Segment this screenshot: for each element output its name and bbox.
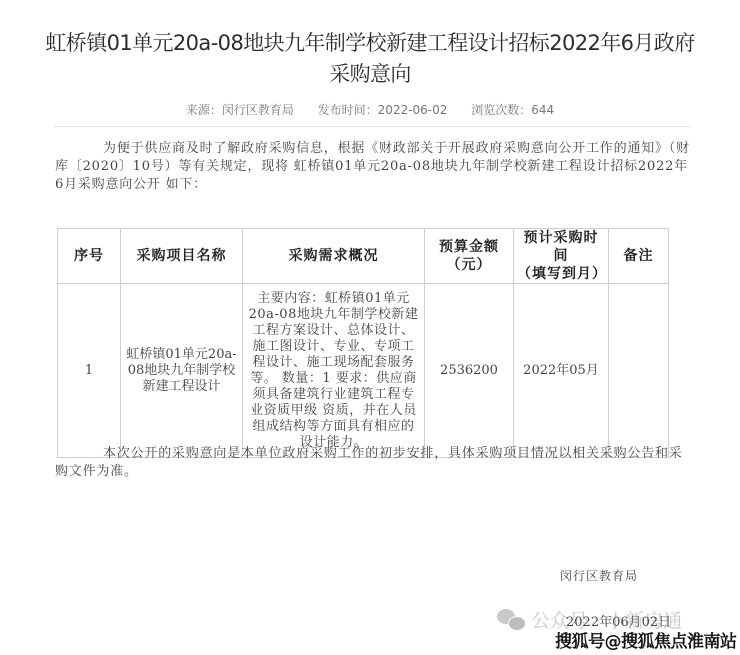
closing-paragraph: 本次公开的采购意向是本单位政府采购工作的初步安排，具体采购项目情况以相关采购公告…	[55, 445, 690, 481]
cell-remark	[609, 284, 669, 458]
cell-project-name: 虹桥镇01单元20a-08地块九年制学校新建工程设计	[121, 284, 243, 458]
meta-source: 来源：闵行区教育局	[186, 103, 294, 117]
header-time: 预计采购时间 （填写到月）	[514, 229, 609, 284]
procurement-table: 序号 采购项目名称 采购需求概况 预算金额 （元） 预计采购时间 （填写到月） …	[57, 228, 669, 458]
header-budget: 预算金额 （元）	[425, 229, 514, 284]
cell-time: 2022年05月	[514, 284, 609, 458]
article-meta: 来源：闵行区教育局 发布时间：2022-06-02 浏览次数：644	[0, 101, 740, 118]
meta-divider	[55, 126, 690, 127]
header-requirements: 采购需求概况	[243, 229, 425, 284]
intro-paragraph: 为便于供应商及时了解政府采购信息，根据《财政部关于开展政府采购意向公开工作的通知…	[55, 140, 690, 194]
header-remark: 备注	[609, 229, 669, 284]
meta-views: 浏览次数：644	[471, 103, 554, 117]
cell-budget: 2536200	[425, 284, 514, 458]
header-project-name: 采购项目名称	[121, 229, 243, 284]
signature: 闵行区教育局	[560, 567, 638, 584]
table-row: 1 虹桥镇01单元20a-08地块九年制学校新建工程设计 主要内容：虹桥镇01单…	[58, 284, 669, 458]
article-title: 虹桥镇01单元20a-08地块九年制学校新建工程设计招标2022年6月政府采购意…	[40, 28, 700, 90]
table-header-row: 序号 采购项目名称 采购需求概况 预算金额 （元） 预计采购时间 （填写到月） …	[58, 229, 669, 284]
cell-index: 1	[58, 284, 121, 458]
sohu-watermark: 搜狐号@搜狐焦点淮南站	[555, 627, 737, 652]
cell-requirements: 主要内容：虹桥镇01单元20a-08地块九年制学校新建工程方案设计、总体设计、施…	[243, 284, 425, 458]
meta-published: 发布时间：2022-06-02	[318, 103, 448, 117]
header-index: 序号	[58, 229, 121, 284]
wechat-icon	[497, 609, 525, 631]
